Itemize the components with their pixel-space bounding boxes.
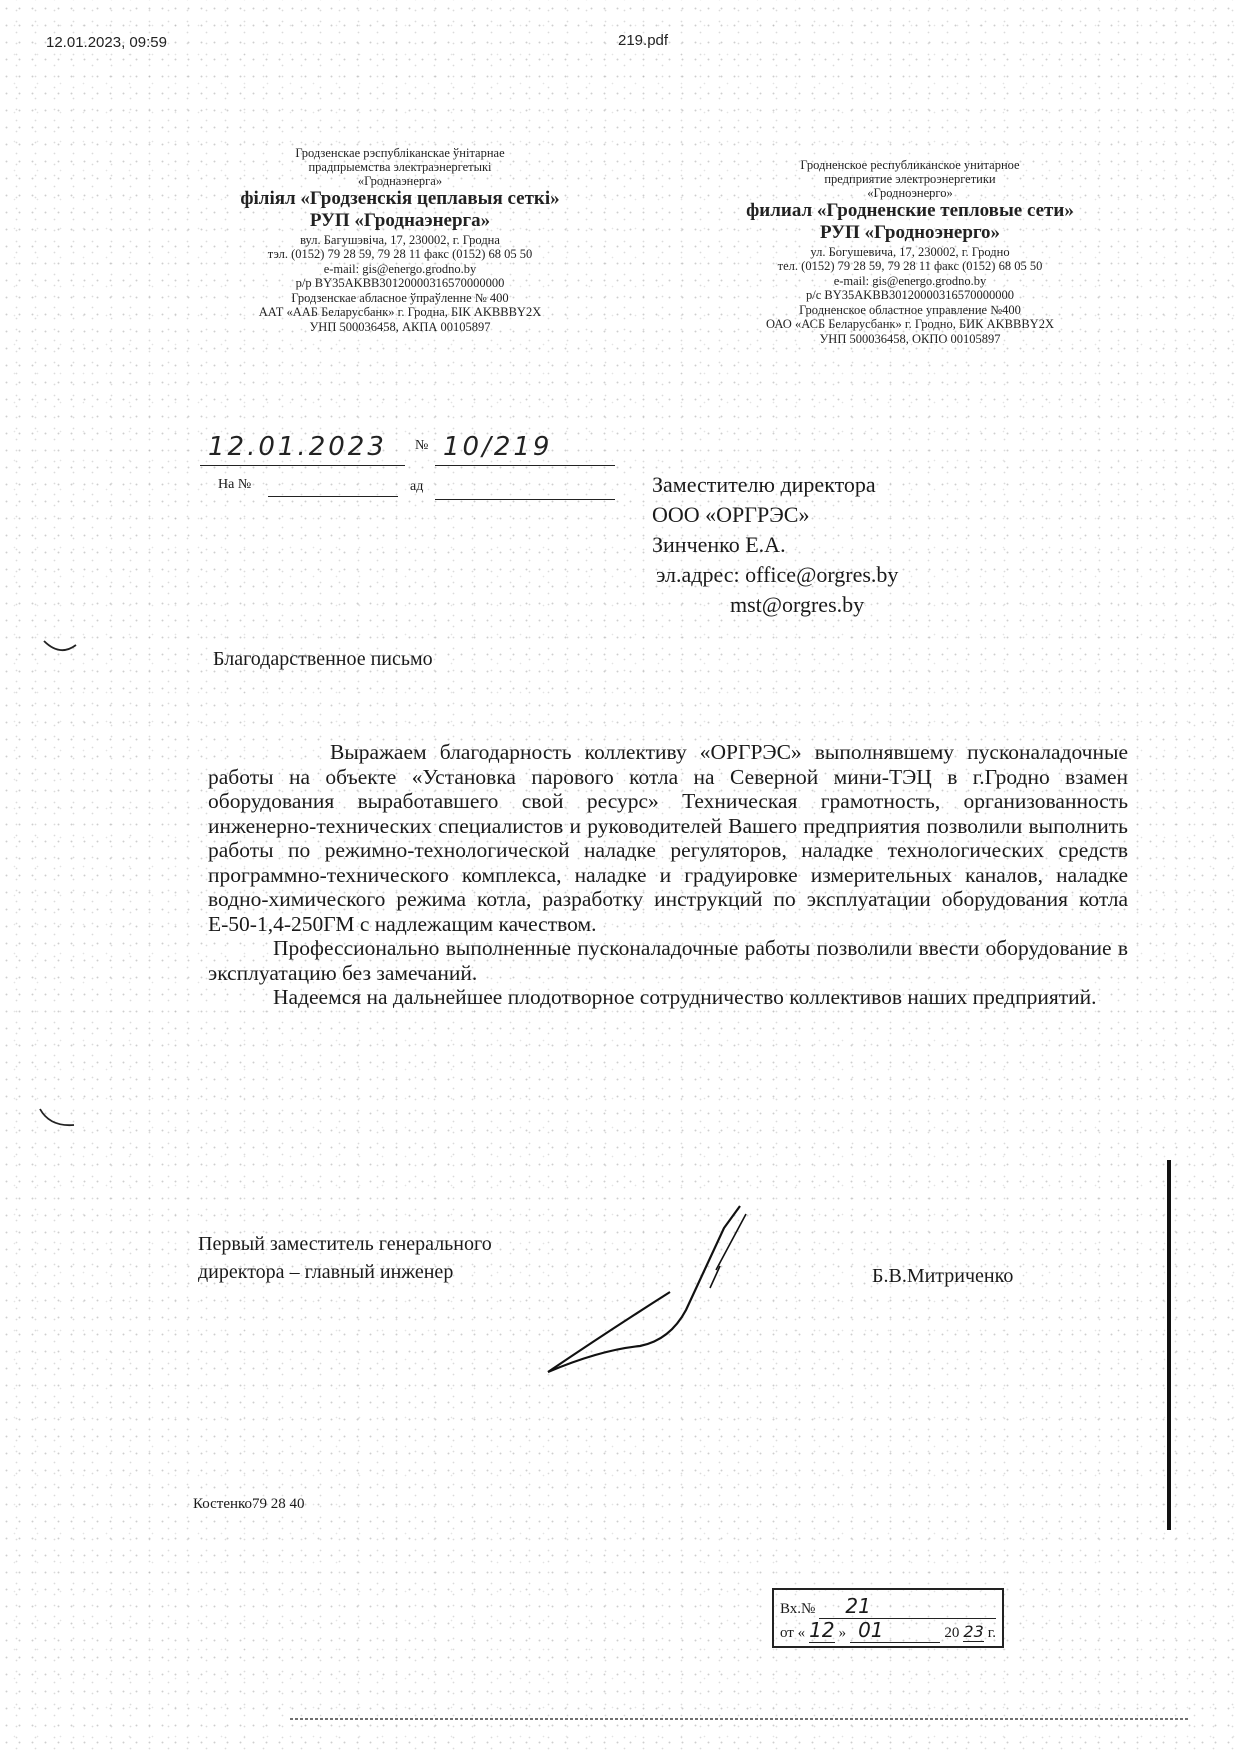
stamp-from-label: от « [780,1625,805,1642]
letter-body: Выражаем благодарность коллективу «ОРГРЭ… [208,740,1128,1010]
stamp-number-row: Вх.№ 21 [780,1594,996,1618]
lh-ru-org: РУП «Гродноэнерго» [680,222,1140,244]
signatory-name: Б.В.Митриченко [872,1262,1013,1290]
scan-artifact-line [290,1718,1190,1720]
ref-from-label: ад [410,479,423,495]
lh-ru-line3: «Гродноэнерго» [680,186,1140,200]
reg-number-line [435,465,615,466]
lh-ru-branch: филиал «Гродненские тепловые сети» [680,200,1140,222]
lh-ru-dept: Гродненское областное управление №400 [680,303,1140,318]
addressee-company: ООО «ОРГРЭС» [652,500,898,530]
lh-ru-phone: тел. (0152) 79 28 59, 79 28 11 факс (015… [680,259,1140,274]
lh-ru-email: e-mail: gis@energo.grodno.by [680,274,1140,289]
punch-mark-icon [40,635,90,660]
print-filename: 219.pdf [618,32,668,49]
reg-number-handwritten: 10/219 [443,432,552,462]
reg-date-field: 12.01.2023 [200,436,405,466]
letterhead-belarusian: Гродзенскае рэспубліканскае ўнітарнае пр… [170,146,630,334]
print-datetime: 12.01.2023, 09:59 [46,34,167,51]
lh-by-org: РУП «Гроднаэнерга» [170,210,630,232]
lh-ru-account: р/с BY35AKBB30120000316570000000 [680,288,1140,303]
reg-number-label: № [415,438,428,454]
stamp-year-prefix: 20 [944,1625,959,1642]
body-paragraph-2: Профессионально выполненные пусконаладоч… [208,936,1128,985]
punch-mark-icon [36,1105,86,1135]
stamp-year-suffix: 23 [963,1622,983,1642]
lh-by-email: e-mail: gis@energo.grodno.by [170,262,630,277]
lh-ru-line1: Гродненское республиканское унитарное [680,158,1140,172]
ref-date-line [435,499,615,500]
addressee-name: Зинченко Е.А. [652,530,898,560]
scan-edge-line [1167,1160,1171,1530]
lh-by-ids: УНП 500036458, АКПА 00105897 [170,320,630,335]
lh-by-line2: прадпрыемства электраэнергетыкі [170,160,630,174]
stamp-year-label: г. [988,1625,996,1642]
stamp-number-label: Вх.№ [780,1601,815,1618]
addressee-email2: mst@orgres.by [652,590,898,620]
handwritten-signature-icon [540,1200,770,1380]
addressee-position: Заместителю директора [652,470,898,500]
stamp-day: 12 [809,1618,834,1643]
ref-label: На № [218,477,251,493]
lh-by-bank: ААТ «ААБ Беларусбанк» г. Гродна, БІК AKB… [170,305,630,320]
lh-ru-bank: ОАО «АСБ Беларусбанк» г. Гродно, БИК AKB… [680,317,1140,332]
stamp-number-value: 21 [819,1594,996,1619]
body-paragraph-1: Выражаем благодарность коллективу «ОРГРЭ… [208,740,1128,936]
lh-by-address: вул. Багушэвіча, 17, 230002, г. Гродна [170,233,630,248]
lh-by-line1: Гродзенскае рэспубліканскае ўнітарнае [170,146,630,160]
stamp-date-row: от « 12 » 01 2023г. [780,1618,996,1642]
lh-ru-address: ул. Богушевича, 17, 230002, г. Гродно [680,245,1140,260]
ref-number-line [268,496,398,497]
signatory-position-line1: Первый заместитель генерального [198,1230,492,1258]
reg-date-line [200,465,405,466]
lh-by-phone: тэл. (0152) 79 28 59, 79 28 11 факс (015… [170,247,630,262]
incoming-registration-stamp: Вх.№ 21 от « 12 » 01 2023г. [772,1588,1004,1648]
lh-ru-line2: предприятие электроэнергетики [680,172,1140,186]
stamp-month: 01 [850,1618,940,1643]
lh-by-branch: філіял «Гродзенскія цеплавыя сеткі» [170,188,630,210]
lh-by-account: р/р BY35AKBB30120000316570000000 [170,276,630,291]
stamp-quote-close: » [839,1625,847,1642]
addressee-block: Заместителю директора ООО «ОРГРЭС» Зинче… [652,470,898,620]
lh-ru-ids: УНП 500036458, ОКПО 00105897 [680,332,1140,347]
reg-number-field: 10/219 [435,436,615,466]
lh-by-dept: Гродзенскае абласное ўпраўленне № 400 [170,291,630,306]
body-paragraph-3: Надеемся на дальнейшее плодотворное сотр… [208,985,1128,1010]
letterhead-russian: Гродненское республиканское унитарное пр… [680,158,1140,346]
signatory-position-line2: директора – главный инженер [198,1258,492,1286]
lh-by-line3: «Гроднаэнерга» [170,174,630,188]
executor-contact: Костенко79 28 40 [193,1496,305,1513]
document-title: Благодарственное письмо [213,648,433,671]
signatory-position: Первый заместитель генерального директор… [198,1230,492,1286]
addressee-email-line: эл.адрес: office@orgres.by [652,560,898,590]
reg-date-handwritten: 12.01.2023 [208,432,387,462]
